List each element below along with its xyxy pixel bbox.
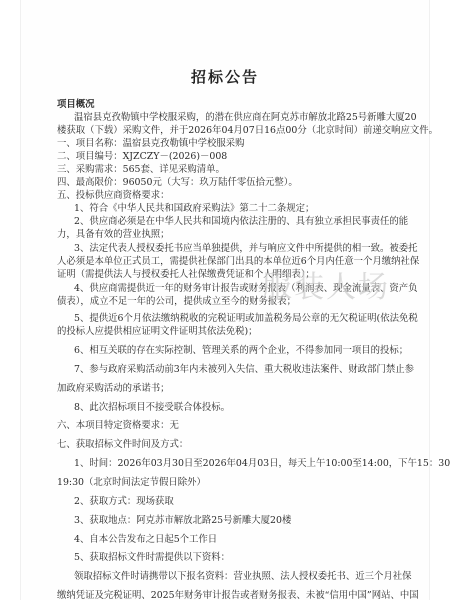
document-title: 招标公告 [0,66,450,87]
section-6: 六、本项目特定资格要求：无 [57,420,179,432]
qualification-7-line-1: 7、参与政府采购活动前3年内未被列入失信、重大税收违法案件、财政部门禁止参 [74,364,414,376]
watermark: 服装人场 [262,262,390,306]
qualification-1: 1、符合《中华人民共和国政府采购法》第二十二条规定； [74,203,314,215]
qualification-7-line-2: 加政府采购活动的承诺书； [57,383,170,395]
acquisition-method: 2、获取方式：现场获取 [74,496,174,508]
acquisition-location: 3、获取地点：阿克苏市解放北路25号新雕大厦20楼 [74,515,291,527]
closing-line-2: 缴纳凭证及完税证明、2025年财务审计报告或者财务报表、未被“信用中国”网站、中… [57,590,419,600]
section-heading: 项目概况 [57,99,95,111]
item-requirement: 三、采购需求：565套、详见采购清单。 [57,164,225,176]
qualification-3-line-1: 3、法定代表人授权委托书应当单独提供，并与响应文件中所提供的相一致。被委托 [74,243,417,255]
acquisition-period: 4、自本公告发布之日起5个工作日 [74,534,217,546]
qualification-8: 8、此次招标项目不接受联合体投标。 [74,402,230,414]
qualification-2-line-1: 2、供应商必须是在中华人民共和国境内依法注册的、具有独立承担民事责任的能 [74,216,408,228]
qualification-2-line-2: 力，具备有效的营业执照； [57,229,170,241]
item-project-name: 一、项目名称：温宿县克孜勒镇中学校服采购 [57,138,245,150]
acquisition-materials: 5、获取招标文件时需提供以下资料： [74,552,230,564]
qualification-5-line-2: 的投标人应提供相应证明文件证明其依法免税)； [57,326,258,338]
qualification-4-line-2: 债表），成立不足一年的公司，提供成立至今的财务报表； [57,296,296,308]
acquisition-time-line-2: 19:30（北京时间法定节假日除外） [57,477,206,489]
acquisition-time-line-1: 1、时间：2026年03月30日至2026年04月03日，每天上午10:00至1… [74,458,450,470]
closing-line-1: 领取招标文件时请携带以下报名资料：营业执照、法人授权委托书、近三个月社保 [74,571,412,583]
item-max-price: 四、最高限价：96050元（大写：玖万陆仟零伍拾元整）。 [57,177,298,189]
intro-line-2: 楼获取（下载）采购文件，并于2026年04月07日16点00分（北京时间）前递交… [57,125,438,137]
item-project-number: 二、项目编号：XJZCZY－(2026)－008 [57,151,227,163]
section-7: 七、获取招标文件时间及方式： [57,439,188,451]
qualification-5-line-1: 5、提供近6个月依法缴纳税收的完税证明或加盖税务局公章的无欠税证明(依法免税 [74,313,418,325]
qualification-6: 6、相互关联的存在实际控制、管理关系的两个企业，不得参加同一项目的投标； [74,345,408,357]
intro-line-1: 温宿县克孜勒镇中学校服采购，的潜在供应商在阿克苏市解放北路25号新雕大厦20 [74,112,417,124]
item-qualifications: 五、投标供应商资格要求： [57,190,170,202]
